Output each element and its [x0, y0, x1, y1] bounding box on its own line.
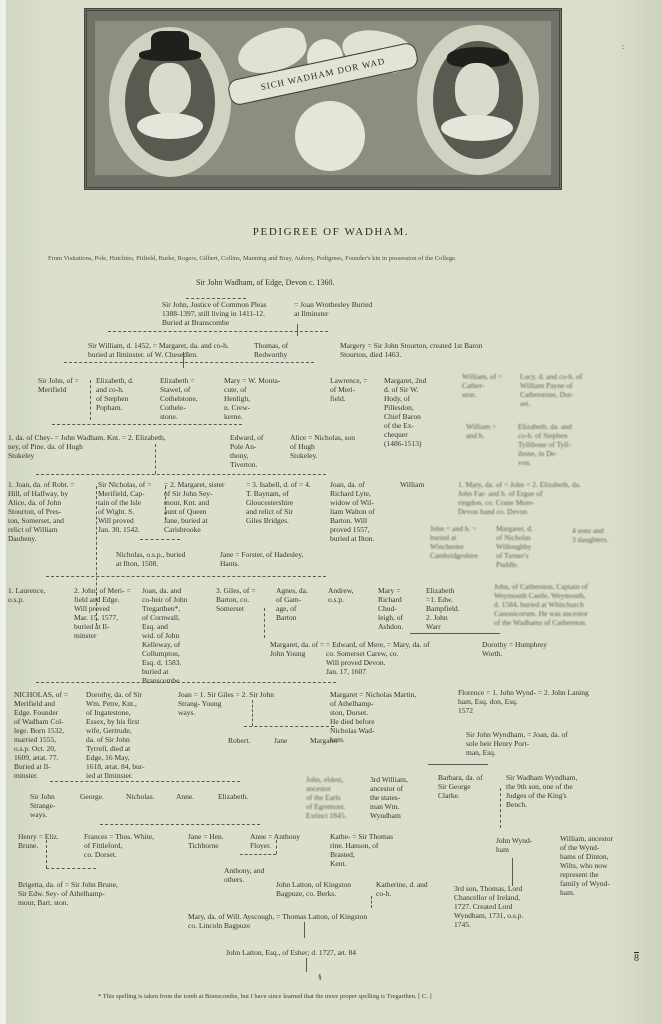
connector: [183, 352, 184, 368]
sir-william: Sir William, d. 1452, = Margaret, da. an…: [88, 341, 229, 359]
joan-wrothesley: = Joan Wrothesley Buried at Ilminster: [294, 300, 372, 318]
william-dinton: William, ancestor of the Wynd- hams of D…: [560, 834, 613, 897]
connector: [50, 781, 240, 782]
john-catherston: John, of Catherston, Captain of Weymouth…: [494, 582, 588, 627]
jane: Jane: [274, 736, 287, 745]
engraved-banner: SICH WADHAM DOR WAD: [84, 8, 562, 190]
nicholas: Nicholas.: [126, 792, 155, 801]
thomas-lord-wyndham: 3rd son, Thomas, Lord Chancellor of Irel…: [454, 884, 523, 929]
john-winchester: John = and h. = buried at Winchester Cam…: [430, 524, 478, 560]
margaret: Margaret: [310, 736, 337, 745]
margaret-seymour: = 2. Margaret, sister of Sir John Sey- m…: [164, 480, 225, 534]
agnes-gamage: Agnes, da. of Gam- age, of Barton: [276, 586, 308, 622]
florence-wyndham: Florence = 1. John Wynd- = 2. John Lanin…: [458, 688, 589, 715]
connector: [304, 922, 305, 938]
jane-tichborne: Jane = Hen. Tichborne: [188, 832, 224, 850]
george: George.: [80, 792, 104, 801]
connector: [46, 840, 47, 868]
connector: [410, 633, 500, 634]
william-heir: William = and h.: [466, 422, 496, 440]
connector: [297, 324, 298, 336]
elizabeth-stawel: Elizabeth = Stawel, of Cothelstone, Coth…: [160, 376, 198, 421]
connector: [252, 700, 253, 726]
joan-lyte: Joan, da. of Richard Lyte, widow of Wil-…: [330, 480, 375, 543]
connector: [52, 424, 242, 425]
footnote: * This spelling is taken from the tomb a…: [98, 993, 432, 1000]
connector: [64, 362, 314, 363]
connector: [186, 298, 246, 299]
connector: [36, 474, 326, 475]
katherine-coh: Katherine, d. and co-h.: [376, 880, 428, 898]
connector: [100, 824, 260, 825]
right-portrait-icon: [417, 25, 539, 175]
page-edge: [0, 0, 6, 1024]
connector: [306, 958, 307, 972]
left-portrait-icon: [109, 27, 231, 177]
jane-forster: Jane = Forster, of Hadesley, Hants.: [220, 550, 303, 568]
bridgetta-seymour: Brigetta, da. of = Sir John Brune, Sir E…: [18, 880, 118, 907]
lucy-payne: Lucy, d. and co-h. of William Payne of C…: [520, 372, 582, 408]
sons-and-daughters: 4 sons and 3 daughters.: [572, 526, 609, 544]
connector: [512, 858, 513, 886]
john-wadham-knt: 1. da. of Chey- = John Wadham, Knt. = 2.…: [8, 433, 166, 460]
sir-john-merifield: Sir John, of = Merifield: [38, 376, 79, 394]
document-page: : SICH WADHAM DOR WAD PEDIGREE OF WADHAM…: [0, 0, 662, 1024]
margaret-willoughby: Margaret, d. of Nicholas Willoughby of T…: [496, 524, 533, 569]
dorothy-worth: Dorothy = Humphrey Worth.: [482, 640, 547, 658]
edward-mere: = Edward, of Mere, = Mary, da. of co. So…: [326, 640, 430, 676]
connector: [46, 868, 96, 869]
elizabeth-popham: Elizabeth, d. and co-h. of Stephen Popha…: [96, 376, 134, 412]
laurence-osp: 1. Laurence, o.s.p.: [8, 586, 45, 604]
connector: [244, 726, 334, 727]
andrew-osp: Andrew, o.s.p.: [328, 586, 354, 604]
sir-john-wyndham: Sir John Wyndham, = Joan, da. of sole he…: [466, 730, 568, 757]
connector: [428, 764, 488, 765]
nicholas-osp: Nicholas, o.s.p., buried at Ilton, 1508.: [116, 550, 185, 568]
margaret-martin: Margaret = Nicholas Martin, of Athelhamp…: [330, 690, 416, 744]
connector: [240, 854, 276, 855]
john-latton-kingston: John Latton, of Kingston Bagpuze, co. Be…: [276, 880, 351, 898]
margaret-young: Margaret, da. of = John Young: [270, 640, 324, 658]
katherine-hanson: Kathe- = Sir Thomas rine. Hanson, of Bra…: [330, 832, 393, 868]
sir-wadham-wyndham: Sir Wadham Wyndham, the 9th son, one of …: [506, 773, 577, 809]
connector: [155, 444, 156, 474]
john-latton-esher: John Latton, Esq., of Esher; d. 1727, æt…: [226, 948, 356, 957]
elizabeth: Elizabeth.: [218, 792, 248, 801]
john-merifield-edge: 2. John, of Meri- = field and Edge. Will…: [74, 586, 131, 640]
joan-hill: 1. Joan, da. of Robt. = Hill, of Halfway…: [8, 480, 75, 543]
sources-line: From Visitations, Pole, Hutchins, Pitfie…: [48, 255, 628, 262]
connector: [108, 331, 328, 332]
mary-montacute: Mary = W. Monta- cute, of Henligh, n. Cr…: [224, 376, 280, 421]
margin-mark: :: [622, 42, 624, 51]
margery-stourton: Margery = Sir John Stourton, created 1st…: [340, 341, 482, 359]
lawrence-merifield: Lawrence, = of Meri- field.: [330, 376, 368, 403]
frances-white: Frances = Thos. White, of Fittleford, co…: [84, 832, 154, 859]
anne: Anne.: [176, 792, 194, 801]
connector: [264, 608, 265, 638]
alice-stukeley: Alice = Nicholas, son of Hugh Stukeley.: [290, 433, 355, 460]
elizabeth-warr: Elizabeth =1. Edw. Bampfield. 2. John Wa…: [426, 586, 460, 631]
connector: [36, 682, 336, 683]
connector: [165, 486, 166, 520]
john-eldest-egremont: John, eldest, ancestor of the Earls of E…: [306, 775, 346, 820]
continuation-mark: §: [318, 972, 322, 981]
edward-pole-anthony: Edward, of Pole An- thony, Tiverton.: [230, 433, 263, 469]
john-wyndham-2: John Wynd- ham: [496, 836, 532, 854]
connector: [140, 539, 180, 540]
nicholas-founder: NICHOLAS, of = Merifield and Edge. Found…: [14, 690, 68, 780]
elizabeth-tyllibone: Elizabeth, da. and co-h. of Stephen Tyll…: [518, 422, 572, 467]
sir-john-justice: Sir John, Justice of Common Pleas 1388-1…: [162, 300, 267, 327]
connector: [371, 896, 372, 908]
mary-chudleigh: Mary = Richard Chud- leigh, of Ashdon.: [378, 586, 403, 631]
connector: [90, 380, 91, 420]
william: William: [400, 480, 424, 489]
margaret-hody: Margaret, 2nd d. of Sir W. Hody, of Pill…: [384, 376, 426, 448]
dorothy-petre: Dorothy, da. of Sir Wm. Petre, Knt., of …: [86, 690, 145, 780]
william-3rd: 3rd William, ancestor of the states- man…: [370, 775, 408, 820]
henry-brune: Henry = Eliz. Brune.: [18, 832, 59, 850]
mary-ayscough: Mary, da. of Will. Ayscough, = Thomas La…: [188, 912, 367, 930]
mary-farringdon: 1. Mary, da. of = John = 2. Elizabeth, d…: [458, 480, 581, 516]
joan-tregarthen: Joan, da. and co-heir of John Tregarthen…: [142, 586, 187, 685]
sir-nicholas-merifield: Sir Nicholas, of = Merifield, Cap- tain …: [98, 480, 151, 534]
giles-barton: 3. Giles, of = Barton, co. Somerset: [216, 586, 255, 613]
thomas-redworthy: Thomas, of Redworthy: [254, 341, 288, 359]
page-title: PEDIGREE OF WADHAM.: [0, 226, 662, 238]
william-catherston: William, of = Cather- ston.: [462, 372, 502, 399]
barbara-clarke: Barbara, da. of Sir George Clarke.: [438, 773, 483, 800]
connector: [500, 788, 501, 828]
sir-john-strangways: Sir John Strange- ways.: [30, 792, 55, 819]
connector: [276, 840, 277, 854]
isabell-baynam: = 3. Isabell, d. of = 4. T. Baynam, of G…: [246, 480, 311, 525]
connector: [46, 576, 326, 577]
root-ancestor: Sir John Wadham, of Edge, Devon c. 1360.: [196, 278, 335, 287]
anthony-and-others: Anthony, and others.: [224, 866, 264, 884]
joan-strangways: Joan = 1. Sir Giles = 2. Sir John Strang…: [178, 690, 274, 717]
page-number: 8: [634, 952, 639, 964]
robert: Robert.: [228, 736, 250, 745]
